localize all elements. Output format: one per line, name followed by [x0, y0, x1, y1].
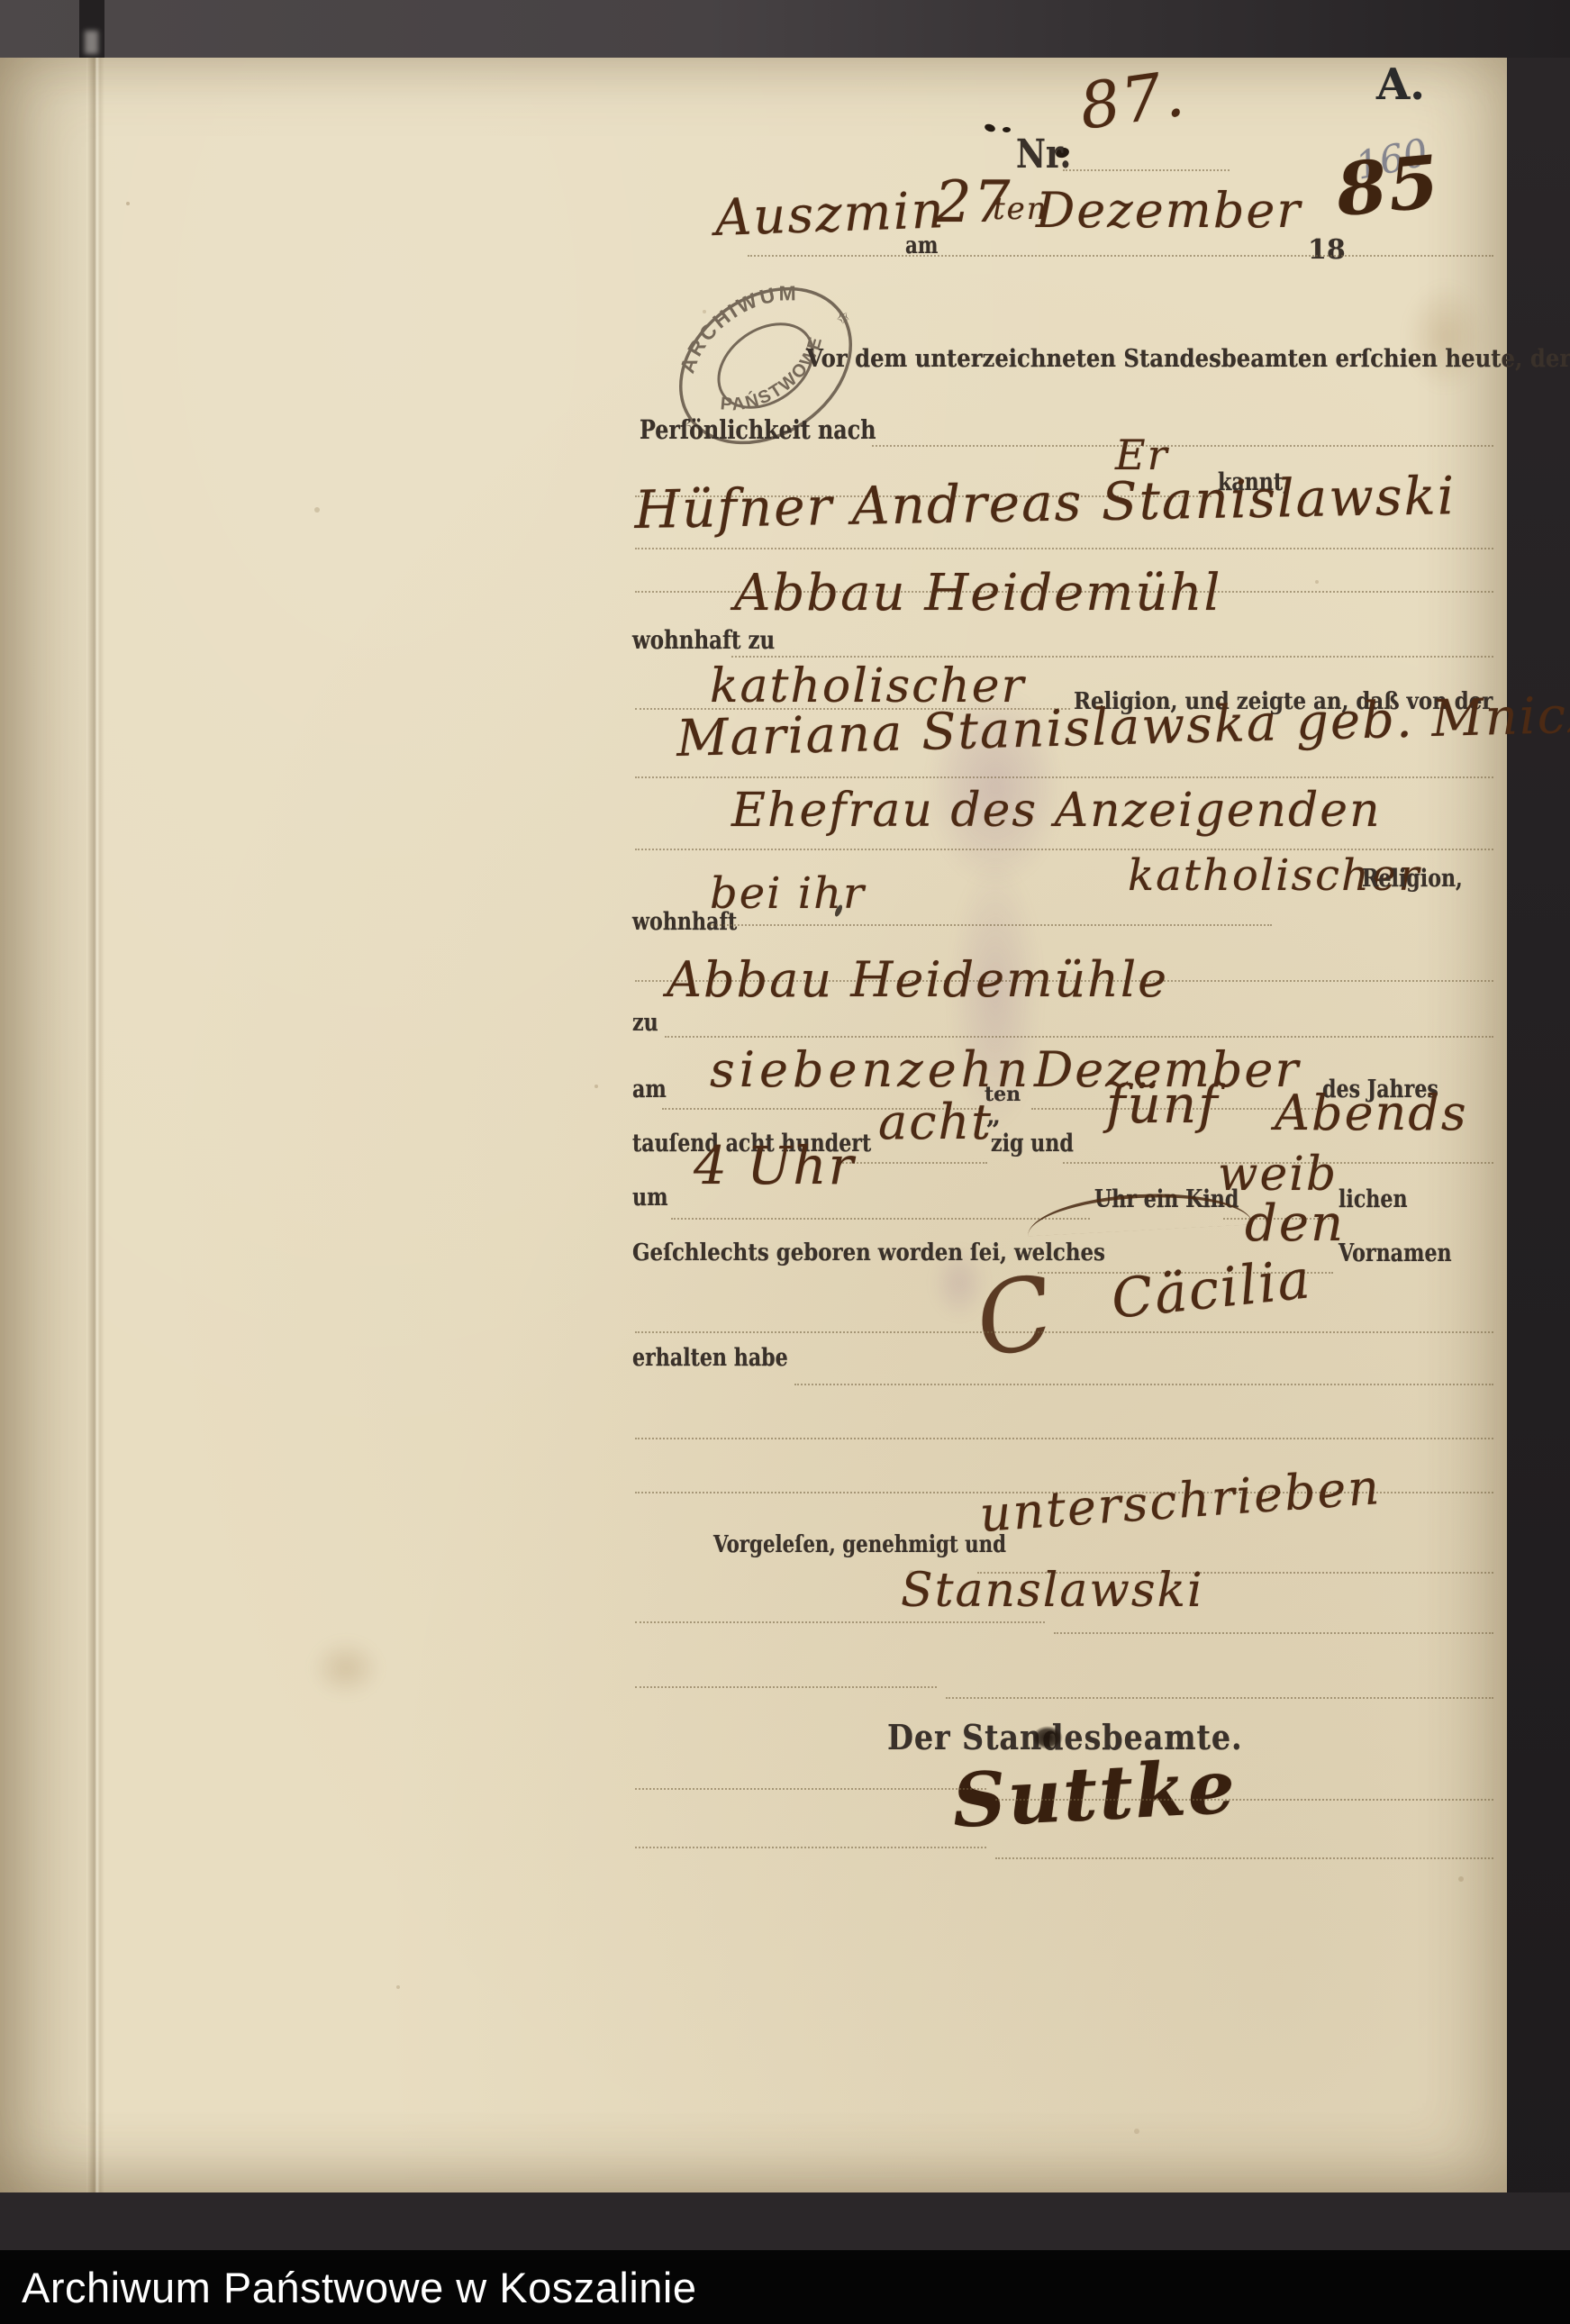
document-page: A. 160 Nr. 87. Auszmin am 27 ten Dezembe…: [0, 58, 1507, 2192]
foxing-specks: [126, 202, 130, 205]
declarant-signature-handwritten: Stanslawski: [901, 1564, 1204, 1618]
child-name-handwritten: Cäcilia: [1109, 1248, 1315, 1331]
dotted-rule: [995, 1857, 1493, 1859]
dotted-rule: [635, 1847, 986, 1848]
dotted-rule: [710, 924, 1272, 926]
dotted-rule: [635, 1686, 937, 1688]
persoenlichkeit-label: Perſönlichkeit nach: [640, 414, 876, 445]
archive-watermark-bar: Archiwum Państwowe w Koszalinie: [0, 2250, 1570, 2324]
den-handwritten: den: [1245, 1194, 1345, 1253]
page-fold-line: [86, 58, 104, 2192]
scanner-background-bottom: [0, 2192, 1570, 2250]
dotted-rule: [1054, 1632, 1493, 1634]
birth-place-handwritten: Abbau Heidemühle: [667, 951, 1168, 1008]
am2-label: am: [632, 1076, 667, 1103]
corner-letter: A.: [1376, 59, 1425, 110]
erhalten-habe-label: erhalten habe: [632, 1344, 788, 1372]
sex-handwritten: weib: [1218, 1148, 1338, 1202]
dotted-rule: [748, 255, 1493, 257]
paper-stain: [1405, 283, 1486, 391]
dotted-rule: [995, 1799, 1493, 1801]
dotted-rule: [635, 1438, 1493, 1439]
religion2-label: Religion,: [1362, 865, 1463, 893]
ink-blot: [1032, 1726, 1063, 1749]
scanner-background-top: [0, 0, 1570, 58]
um-label: um: [632, 1184, 668, 1212]
paper-stain: [311, 1639, 381, 1698]
bei-ihr-handwritten: bei ihr: [710, 868, 866, 919]
declarant-name-handwritten: Hüfner Andreas Stanislawski: [634, 465, 1457, 540]
svg-text:ARCHIWUM: ARCHIWUM: [660, 260, 810, 384]
daytime-handwritten: Abends: [1275, 1085, 1468, 1141]
lichen-label: lichen: [1339, 1185, 1408, 1213]
dotted-rule: [665, 1036, 1493, 1038]
dotted-rule: [635, 776, 1493, 778]
dotted-rule: [635, 1788, 986, 1790]
dotted-rule: [671, 1218, 1090, 1220]
hour-handwritten: 4 Uhr: [694, 1135, 855, 1196]
mother-role-handwritten: Ehefrau des Anzeigenden: [731, 784, 1382, 838]
binding-glint: [85, 31, 98, 54]
residence-handwritten: Abbau Heidemühl: [734, 564, 1221, 622]
year-value-handwritten: 85: [1333, 139, 1444, 232]
vorgelesen-label: Vorgeleſen, genehmigt und: [713, 1531, 1006, 1558]
dotted-rule: [635, 548, 1493, 549]
ink-speck: [1003, 127, 1011, 132]
dotted-rule: [1063, 169, 1230, 171]
unterschrieben-handwritten: unterschrieben: [978, 1458, 1383, 1543]
decade-handwritten: acht: [878, 1094, 993, 1150]
dotted-rule: [731, 656, 1493, 658]
zig-und-label: zig und: [991, 1130, 1074, 1157]
dotted-rule: [872, 445, 1493, 447]
dotted-rule: [946, 1697, 1493, 1699]
page-fold-shade: [0, 58, 86, 2192]
year-printed-prefix: 18: [1308, 234, 1346, 266]
stamp-star-icon: ✩: [833, 307, 854, 330]
scanner-background-right: [1507, 58, 1570, 2250]
stamp-text-top: ARCHIWUM: [660, 260, 810, 384]
intro-line: Vor dem unterzeichneten Standesbeamten e…: [806, 345, 1570, 373]
registrar-signature-handwritten: Suttke: [950, 1744, 1239, 1845]
dotted-rule: [794, 1384, 1493, 1385]
dotted-rule: [635, 1331, 1493, 1333]
archive-watermark-text: Archiwum Państwowe w Koszalinie: [0, 2263, 697, 2312]
zu-label: zu: [632, 1009, 658, 1037]
dotted-rule: [836, 1162, 987, 1164]
nr-value-handwritten: 87.: [1075, 56, 1191, 144]
vornamen-label: Vornamen: [1339, 1239, 1452, 1267]
dotted-rule: [635, 1621, 1045, 1623]
year-unit-handwritten: fünf: [1106, 1074, 1220, 1135]
month-value-handwritten: Dezember: [1036, 182, 1302, 239]
wohnhaft-zu-label: wohnhaft zu: [632, 625, 775, 655]
ink-speck: [984, 123, 996, 133]
